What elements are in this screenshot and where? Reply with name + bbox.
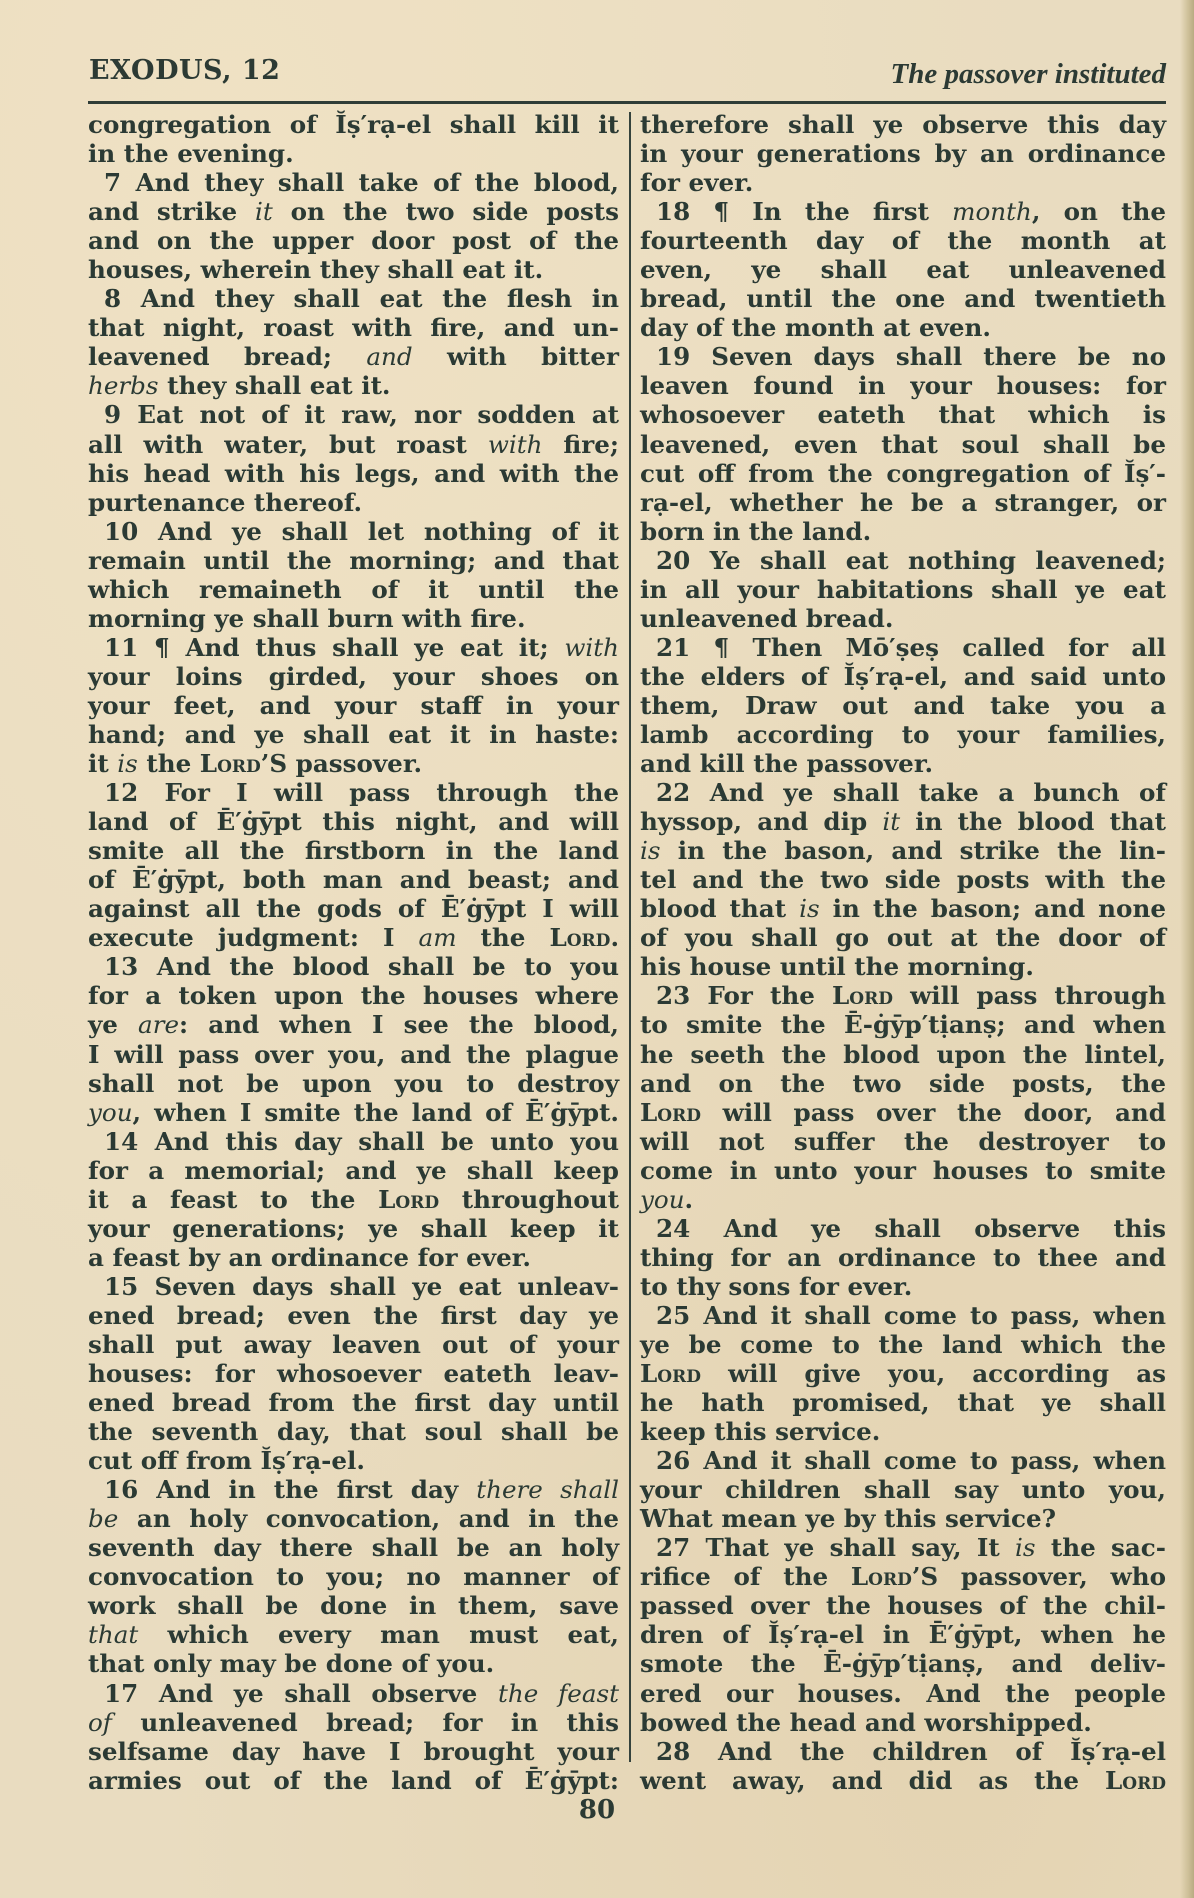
- small-caps-text: Lord: [1105, 1766, 1166, 1795]
- italic-text: with: [564, 633, 619, 662]
- text-column-left: congregation of Ĭṣ′rạ-el shall kill itin…: [88, 110, 619, 1795]
- text-line: houses, wherein they shall eat it.: [88, 255, 619, 284]
- text-line: purtenance thereof.: [88, 488, 619, 517]
- text-run: fire;: [542, 430, 619, 459]
- text-line: for a memorial; and ye shall keep: [88, 1156, 619, 1185]
- text-run: , on the: [1032, 197, 1166, 226]
- text-line: ened bread from the first day until: [88, 1388, 619, 1417]
- italic-text: of: [88, 1708, 112, 1737]
- text-run: the seventh day, that soul shall be: [88, 1417, 619, 1446]
- text-run: with bitter: [413, 342, 619, 371]
- italic-text: it: [255, 197, 273, 226]
- text-run: ened bread; even the first day ye: [88, 1301, 619, 1330]
- text-run: 27 That ye shall say, It: [656, 1533, 1015, 1562]
- italic-text: is: [117, 749, 138, 778]
- text-line: you, when I smite the land of Ē′ġȳpt.: [88, 1098, 619, 1127]
- small-caps-text: Lord: [851, 1562, 912, 1591]
- text-line: passed over the houses of the chil-: [640, 1591, 1166, 1620]
- text-line: come in unto your houses to smite: [640, 1156, 1166, 1185]
- text-line: armies out of the land of Ē′ġȳpt:: [88, 1766, 619, 1795]
- text-run: of you shall go out at the door of: [640, 923, 1166, 952]
- text-run: houses: for whosoever eateth leav-: [88, 1359, 619, 1388]
- text-line: 15 Seven days shall ye eat unleav-: [88, 1272, 619, 1301]
- text-run: fourteenth day of the month at: [640, 226, 1166, 255]
- text-line: that night, roast with fire, and un-: [88, 313, 619, 342]
- text-run: lamb according to your families,: [640, 720, 1166, 749]
- text-line: rạ-el, whether he be a stranger, or: [640, 488, 1166, 517]
- italic-text: with: [488, 430, 543, 459]
- text-run: ’S passover, who: [912, 1562, 1166, 1591]
- text-line: 13 And the blood shall be to you: [88, 952, 619, 981]
- text-run: he hath promised, that ye shall: [640, 1388, 1166, 1417]
- text-line: for a token upon the houses where: [88, 981, 619, 1010]
- text-run: born in the land.: [640, 517, 871, 546]
- text-run: in your generations by an ordinance: [640, 139, 1166, 168]
- text-line: all with water, but roast with fire;: [88, 430, 619, 459]
- text-run: come in unto your houses to smite: [640, 1156, 1166, 1185]
- text-line: he seeth the blood upon the lintel,: [640, 1040, 1166, 1069]
- text-run: in the evening.: [88, 139, 294, 168]
- text-run: rifice of the: [640, 1562, 851, 1591]
- text-run: rạ-el, whether he be a stranger, or: [640, 488, 1166, 517]
- text-line: 19 Seven days shall there be no: [640, 342, 1166, 371]
- text-run: 19 Seven days shall there be no: [656, 342, 1166, 371]
- text-run: seventh day there shall be an holy: [88, 1533, 619, 1562]
- text-line: 12 For I will pass through the: [88, 778, 619, 807]
- header-rule: [88, 101, 1166, 104]
- text-run: unleavened bread.: [640, 604, 893, 633]
- italic-text: you: [88, 1098, 133, 1127]
- text-run: 26 And it shall come to pass, when: [656, 1446, 1166, 1475]
- italic-text: there shall: [476, 1475, 619, 1504]
- text-line: seventh day there shall be an holy: [88, 1533, 619, 1562]
- text-line: your generations; ye shall keep it: [88, 1214, 619, 1243]
- text-run: whosoever eateth that which is: [640, 400, 1166, 429]
- small-caps-text: Lord: [832, 981, 893, 1010]
- text-line: tel and the two side posts with the: [640, 865, 1166, 894]
- text-run: 18 ¶ In the first: [656, 197, 952, 226]
- text-run: keep this service.: [640, 1417, 880, 1446]
- text-line: Lord will pass over the door, and: [640, 1098, 1166, 1127]
- text-run: on the two side posts: [273, 197, 619, 226]
- text-line: day of the month at even.: [640, 313, 1166, 342]
- text-run: his house until the morning.: [640, 952, 1034, 981]
- text-line: selfsame day have I brought your: [88, 1737, 619, 1766]
- text-line: fourteenth day of the month at: [640, 226, 1166, 255]
- text-run: and on the upper door post of the: [88, 226, 619, 255]
- text-line: 16 And in the first day there shall: [88, 1475, 619, 1504]
- text-run: 13 And the blood shall be to you: [104, 952, 619, 981]
- text-run: 25 And it shall come to pass, when: [656, 1301, 1166, 1330]
- text-run: it: [88, 749, 117, 778]
- text-run: .: [685, 1185, 694, 1214]
- text-line: rifice of the Lord’S passover, who: [640, 1562, 1166, 1591]
- text-line: will not suffer the destroyer to: [640, 1127, 1166, 1156]
- text-run: in the blood that: [900, 807, 1166, 836]
- text-run: in all your habitations shall ye eat: [640, 575, 1166, 604]
- text-column-right: therefore shall ye observe this dayin yo…: [640, 110, 1166, 1795]
- text-line: cut off from the congregation of Ĭṣ′-: [640, 459, 1166, 488]
- text-line: bowed the head and worshipped.: [640, 1708, 1166, 1737]
- text-run: your children shall say unto you,: [640, 1475, 1166, 1504]
- italic-text: is: [799, 894, 820, 923]
- text-run: tel and the two side posts with the: [640, 865, 1166, 894]
- text-run: your loins girded, your shoes on: [88, 662, 619, 691]
- text-run: the sac-: [1036, 1533, 1166, 1562]
- text-line: 28 And the children of Ĭṣ′rạ-el: [640, 1737, 1166, 1766]
- text-line: 23 For the Lord will pass through: [640, 981, 1166, 1010]
- text-line: 18 ¶ In the first month, on the: [640, 197, 1166, 226]
- text-run: thing for an ordinance to thee and: [640, 1243, 1166, 1272]
- text-run: 16 And in the first day: [104, 1475, 476, 1504]
- text-line: land of Ē′ġȳpt this night, and will: [88, 807, 619, 836]
- text-line: ye are: and when I see the blood,: [88, 1010, 619, 1039]
- text-line: morning ye shall burn with fire.: [88, 604, 619, 633]
- italic-text: you: [640, 1185, 685, 1214]
- text-run: 8 And they shall eat the flesh in: [104, 284, 619, 313]
- text-run: it a feast to the: [88, 1185, 378, 1214]
- text-run: bread, until the one and twentieth: [640, 284, 1166, 313]
- italic-text: month: [952, 197, 1032, 226]
- text-line: dren of Ĭṣ′rạ-el in Ē′ġȳpt, when he: [640, 1620, 1166, 1649]
- text-run: 12 For I will pass through the: [104, 778, 619, 807]
- text-run: he seeth the blood upon the lintel,: [640, 1040, 1166, 1069]
- text-run: which every man must eat,: [138, 1620, 619, 1649]
- text-run: the: [457, 923, 550, 952]
- text-line: that which every man must eat,: [88, 1620, 619, 1649]
- text-run: cut off from Ĭṣ′rạ-el.: [88, 1446, 365, 1475]
- text-line: and strike it on the two side posts: [88, 197, 619, 226]
- italic-text: and: [366, 342, 412, 371]
- text-run: shall not be upon you to destroy: [88, 1069, 619, 1098]
- text-line: them, Draw out and take you a: [640, 691, 1166, 720]
- text-line: 21 ¶ Then Mō′ṣeṣ called for all: [640, 633, 1166, 662]
- text-line: 14 And this day shall be unto you: [88, 1127, 619, 1156]
- text-line: the elders of Ĭṣ′rạ-el, and said unto: [640, 662, 1166, 691]
- italic-text: is: [640, 836, 661, 865]
- text-line: and on the two side posts, the: [640, 1069, 1166, 1098]
- text-line: 17 And ye shall observe the feast: [88, 1679, 619, 1708]
- page-edge-shadow: [1180, 0, 1194, 1898]
- text-run: unleavened bread; for in this: [112, 1708, 619, 1737]
- text-run: your generations; ye shall keep it: [88, 1214, 619, 1243]
- text-run: the: [138, 749, 200, 778]
- italic-text: am: [419, 923, 457, 952]
- small-caps-text: Lord: [378, 1185, 439, 1214]
- text-run: to thy sons for ever.: [640, 1272, 912, 1301]
- text-line: 22 And ye shall take a bunch of: [640, 778, 1166, 807]
- text-line: be an holy convocation, and in the: [88, 1504, 619, 1533]
- text-line: it is the Lord’S passover.: [88, 749, 619, 778]
- text-run: ye be come to the land which the: [640, 1330, 1166, 1359]
- text-line: work shall be done in them, save: [88, 1591, 619, 1620]
- italic-text: is: [1015, 1533, 1036, 1562]
- text-line: therefore shall ye observe this day: [640, 110, 1166, 139]
- text-line: 7 And they shall take of the blood,: [88, 168, 619, 197]
- text-line: keep this service.: [640, 1417, 1166, 1446]
- text-run: that only may be done of you.: [88, 1649, 494, 1678]
- text-run: hand; and ye shall eat it in haste:: [88, 720, 619, 749]
- running-head-book-chapter: EXODUS, 12: [89, 55, 280, 86]
- text-run: What mean ye by this service?: [640, 1504, 1056, 1533]
- text-run: shall put away leaven out of your: [88, 1330, 619, 1359]
- text-run: land of Ē′ġȳpt this night, and will: [88, 807, 619, 836]
- text-run: which remaineth of it until the: [88, 575, 619, 604]
- text-line: remain until the morning; and that: [88, 546, 619, 575]
- italic-text: herbs: [88, 371, 159, 400]
- text-run: 20 Ye shall eat nothing leavened;: [656, 546, 1166, 575]
- text-run: work shall be done in them, save: [88, 1591, 619, 1620]
- text-line: your children shall say unto you,: [640, 1475, 1166, 1504]
- text-run: : and when I see the blood,: [179, 1010, 619, 1039]
- text-run: execute judgment: I: [88, 923, 419, 952]
- text-run: they shall eat it.: [159, 371, 391, 400]
- italic-text: be: [88, 1504, 118, 1533]
- text-line: of unleavened bread; for in this: [88, 1708, 619, 1737]
- italic-text: the feast: [498, 1679, 619, 1708]
- text-run: remain until the morning; and that: [88, 546, 619, 575]
- text-run: leavened bread;: [88, 342, 366, 371]
- text-run: and kill the passover.: [640, 749, 933, 778]
- italic-text: that: [88, 1620, 138, 1649]
- text-line: convocation to you; no manner of: [88, 1562, 619, 1591]
- text-run: his head with his legs, and with the: [88, 459, 619, 488]
- text-line: leaven found in your houses: for: [640, 371, 1166, 400]
- text-run: 22 And ye shall take a bunch of: [656, 778, 1166, 807]
- text-line: lamb according to your families,: [640, 720, 1166, 749]
- text-line: 25 And it shall come to pass, when: [640, 1301, 1166, 1330]
- text-line: your feet, and your staff in your: [88, 691, 619, 720]
- text-run: will not suffer the destroyer to: [640, 1127, 1166, 1156]
- text-line: his house until the morning.: [640, 952, 1166, 981]
- text-line: shall not be upon you to destroy: [88, 1069, 619, 1098]
- text-run: hyssop, and dip: [640, 807, 882, 836]
- text-run: for a memorial; and ye shall keep: [88, 1156, 619, 1185]
- text-line: you.: [640, 1185, 1166, 1214]
- text-run: leavened, even that soul shall be: [640, 430, 1166, 459]
- text-run: blood that: [640, 894, 799, 923]
- text-line: hand; and ye shall eat it in haste:: [88, 720, 619, 749]
- text-run: all with water, but roast: [88, 430, 488, 459]
- text-line: 27 That ye shall say, It is the sac-: [640, 1533, 1166, 1562]
- text-line: he hath promised, that ye shall: [640, 1388, 1166, 1417]
- text-line: your loins girded, your shoes on: [88, 662, 619, 691]
- text-run: that night, roast with fire, and un-: [88, 313, 619, 342]
- column-divider: [629, 112, 631, 1762]
- small-caps-text: Lord: [549, 923, 610, 952]
- text-line: ened bread; even the first day ye: [88, 1301, 619, 1330]
- text-run: in the bason, and strike the lin-: [661, 836, 1167, 865]
- text-line: 24 And ye shall observe this: [640, 1214, 1166, 1243]
- text-run: day of the month at even.: [640, 313, 991, 342]
- running-head-topic: The passover instituted: [890, 58, 1166, 91]
- page-number: 80: [0, 1795, 1194, 1825]
- text-line: 11 ¶ And thus shall ye eat it; with: [88, 633, 619, 662]
- text-run: 7 And they shall take of the blood,: [104, 168, 619, 197]
- text-line: to thy sons for ever.: [640, 1272, 1166, 1301]
- text-run: smote the Ē-ġȳp′tịanṣ, and deliv-: [640, 1649, 1166, 1678]
- text-line: leavened, even that soul shall be: [640, 430, 1166, 459]
- text-line: of you shall go out at the door of: [640, 923, 1166, 952]
- text-line: in your generations by an ordinance: [640, 139, 1166, 168]
- text-line: 10 And ye shall let nothing of it: [88, 517, 619, 546]
- text-run: will pass through: [893, 981, 1166, 1010]
- text-run: ye: [88, 1010, 138, 1039]
- text-run: 10 And ye shall let nothing of it: [104, 517, 619, 546]
- text-run: ’S passover.: [261, 749, 422, 778]
- text-line: whosoever eateth that which is: [640, 400, 1166, 429]
- text-line: to smite the Ē-ġȳp′tịanṣ; and when: [640, 1010, 1166, 1039]
- text-run: .: [610, 923, 619, 952]
- text-line: of Ē′ġȳpt, both man and beast; and: [88, 865, 619, 894]
- text-line: thing for an ordinance to thee and: [640, 1243, 1166, 1272]
- text-line: ye be come to the land which the: [640, 1330, 1166, 1359]
- text-run: 9 Eat not of it raw, nor sodden at: [104, 400, 619, 429]
- text-line: 26 And it shall come to pass, when: [640, 1446, 1166, 1475]
- text-run: , when I smite the land of Ē′ġȳpt.: [133, 1098, 619, 1127]
- text-line: execute judgment: I am the Lord.: [88, 923, 619, 952]
- text-line: 8 And they shall eat the flesh in: [88, 284, 619, 313]
- text-run: purtenance thereof.: [88, 488, 362, 517]
- italic-text: are: [138, 1010, 179, 1039]
- text-run: 21 ¶ Then Mō′ṣeṣ called for all: [656, 633, 1166, 662]
- text-run: the elders of Ĭṣ′rạ-el, and said unto: [640, 662, 1166, 691]
- text-run: 23 For the: [656, 981, 832, 1010]
- text-run: against all the gods of Ē′ġȳpt I will: [88, 894, 619, 923]
- text-line: smote the Ē-ġȳp′tịanṣ, and deliv-: [640, 1649, 1166, 1678]
- text-line: congregation of Ĭṣ′rạ-el shall kill it: [88, 110, 619, 139]
- text-run: therefore shall ye observe this day: [640, 110, 1166, 139]
- text-run: went away, and did as the: [640, 1766, 1105, 1795]
- text-line: blood that is in the bason; and none: [640, 894, 1166, 923]
- text-run: for a token upon the houses where: [88, 981, 619, 1010]
- text-run: your feet, and your staff in your: [88, 691, 619, 720]
- text-run: convocation to you; no manner of: [88, 1562, 619, 1591]
- text-line: a feast by an ordinance for ever.: [88, 1243, 619, 1272]
- text-line: which remaineth of it until the: [88, 575, 619, 604]
- text-line: bread, until the one and twentieth: [640, 284, 1166, 313]
- italic-text: it: [882, 807, 900, 836]
- text-run: smite all the firstborn in the land: [88, 836, 619, 865]
- text-line: is in the bason, and strike the lin-: [640, 836, 1166, 865]
- text-run: 11 ¶ And thus shall ye eat it;: [104, 633, 564, 662]
- text-line: 9 Eat not of it raw, nor sodden at: [88, 400, 619, 429]
- text-run: for ever.: [640, 168, 753, 197]
- text-line: in the evening.: [88, 139, 619, 168]
- text-run: 28 And the children of Ĭṣ′rạ-el: [656, 1737, 1166, 1766]
- text-run: of Ē′ġȳpt, both man and beast; and: [88, 865, 619, 894]
- text-line: it a feast to the Lord throughout: [88, 1185, 619, 1214]
- text-line: leavened bread; and with bitter: [88, 342, 619, 371]
- text-run: will give you, according as: [701, 1359, 1166, 1388]
- small-caps-text: Lord: [200, 749, 261, 778]
- text-run: morning ye shall burn with fire.: [88, 604, 526, 633]
- text-run: throughout: [439, 1185, 619, 1214]
- text-line: born in the land.: [640, 517, 1166, 546]
- text-run: cut off from the congregation of Ĭṣ′-: [640, 459, 1166, 488]
- text-run: congregation of Ĭṣ′rạ-el shall kill it: [88, 110, 619, 139]
- text-run: 15 Seven days shall ye eat unleav-: [104, 1272, 619, 1301]
- text-run: ened bread from the first day until: [88, 1388, 619, 1417]
- text-line: his head with his legs, and with the: [88, 459, 619, 488]
- text-run: a feast by an ordinance for ever.: [88, 1243, 531, 1272]
- text-line: unleavened bread.: [640, 604, 1166, 633]
- text-line: smite all the firstborn in the land: [88, 836, 619, 865]
- text-line: cut off from Ĭṣ′rạ-el.: [88, 1446, 619, 1475]
- text-run: bowed the head and worshipped.: [640, 1708, 1092, 1737]
- text-line: against all the gods of Ē′ġȳpt I will: [88, 894, 619, 923]
- text-run: an holy convocation, and in the: [118, 1504, 619, 1533]
- text-run: even, ye shall eat unleavened: [640, 255, 1166, 284]
- text-run: and strike: [88, 197, 255, 226]
- text-run: and on the two side posts, the: [640, 1069, 1166, 1098]
- text-run: them, Draw out and take you a: [640, 691, 1166, 720]
- small-caps-text: Lord: [640, 1098, 701, 1127]
- text-line: and kill the passover.: [640, 749, 1166, 778]
- text-run: armies out of the land of Ē′ġȳpt:: [88, 1766, 619, 1795]
- text-line: the seventh day, that soul shall be: [88, 1417, 619, 1446]
- small-caps-text: Lord: [640, 1359, 701, 1388]
- text-run: I will pass over you, and the plague: [88, 1040, 619, 1069]
- text-run: in the bason; and none: [820, 894, 1166, 923]
- text-line: What mean ye by this service?: [640, 1504, 1166, 1533]
- text-line: and on the upper door post of the: [88, 226, 619, 255]
- text-run: 14 And this day shall be unto you: [104, 1127, 619, 1156]
- text-run: houses, wherein they shall eat it.: [88, 255, 543, 284]
- text-run: leaven found in your houses: for: [640, 371, 1166, 400]
- text-line: went away, and did as the Lord: [640, 1766, 1166, 1795]
- text-run: passed over the houses of the chil-: [640, 1591, 1166, 1620]
- text-run: 17 And ye shall observe: [104, 1679, 498, 1708]
- text-line: that only may be done of you.: [88, 1649, 619, 1678]
- text-run: 24 And ye shall observe this: [656, 1214, 1166, 1243]
- text-line: in all your habitations shall ye eat: [640, 575, 1166, 604]
- text-run: will pass over the door, and: [701, 1098, 1166, 1127]
- text-run: selfsame day have I brought your: [88, 1737, 619, 1766]
- text-line: hyssop, and dip it in the blood that: [640, 807, 1166, 836]
- text-line: houses: for whosoever eateth leav-: [88, 1359, 619, 1388]
- text-run: to smite the Ē-ġȳp′tịanṣ; and when: [640, 1010, 1166, 1039]
- text-line: I will pass over you, and the plague: [88, 1040, 619, 1069]
- text-line: shall put away leaven out of your: [88, 1330, 619, 1359]
- text-run: dren of Ĭṣ′rạ-el in Ē′ġȳpt, when he: [640, 1620, 1166, 1649]
- text-line: for ever.: [640, 168, 1166, 197]
- text-line: 20 Ye shall eat nothing leavened;: [640, 546, 1166, 575]
- text-line: herbs they shall eat it.: [88, 371, 619, 400]
- text-run: ered our houses. And the people: [640, 1679, 1166, 1708]
- text-line: even, ye shall eat unleavened: [640, 255, 1166, 284]
- text-line: ered our houses. And the people: [640, 1679, 1166, 1708]
- text-line: Lord will give you, according as: [640, 1359, 1166, 1388]
